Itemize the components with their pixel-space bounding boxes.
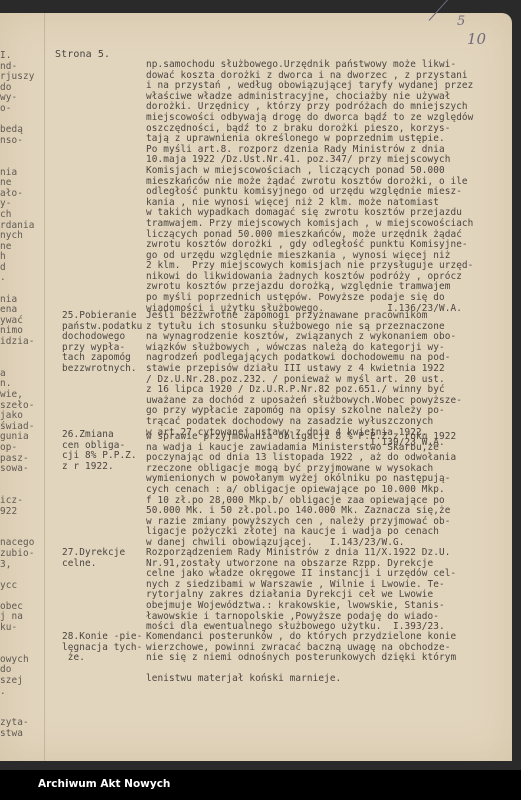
section-body: Jeśli bezzwrotne zapomogi przyznawane pr… (146, 311, 462, 449)
annotation-numerator: 5 (457, 14, 465, 29)
section-label: 27.Dyrekcje celne. (62, 548, 125, 569)
section-label: 25.Pobieranie państw.podatku dochodowego… (62, 311, 142, 375)
left-margin-fragments: I. nd- rjuszy do wy- o- bedą nso- nia ne… (0, 51, 34, 740)
page-number-annotation: 5/10 5 10 (465, 28, 494, 43)
archive-name: Archiwum Akt Nowych (38, 778, 170, 790)
section-body: Komendanci posterunków , do których przy… (146, 632, 456, 685)
page-heading: Strona 5. (55, 50, 110, 61)
section-label: 28.Konie -pie- lęgnacja tych- że. (62, 632, 142, 664)
section-label: 26.Zmiana cen obliga- cji 8% P.P.Z. z r … (62, 430, 137, 472)
annotation-denominator: 10 (467, 30, 486, 48)
section-body: w sprawie przyjmowania obligacji 8 % P.P… (146, 432, 456, 549)
page-fold-line (44, 13, 46, 761)
section-body: np.samochodu służbowego.Urzędnik państwo… (146, 60, 473, 314)
section-body: Rozporządzeniem Rady Ministrów z dnia 11… (146, 548, 456, 633)
